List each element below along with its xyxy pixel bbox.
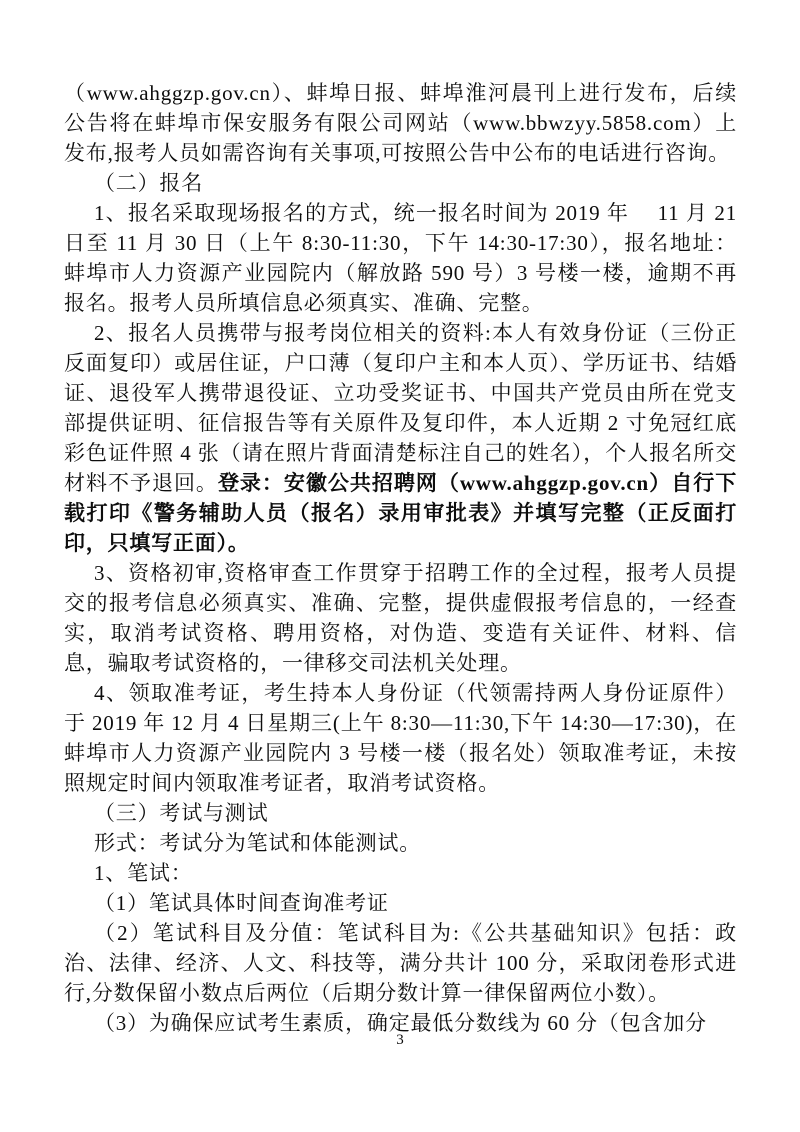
heading-registration: （二）报名 (64, 168, 737, 198)
text-segment: 1、报名采取现场报名的方式，统一报名时间为 2019 年 11 月 21 日至 … (64, 201, 737, 315)
text-segment: （三）考试与测试 (94, 801, 268, 825)
para-written-test-subjects: （2）笔试科目及分值：笔试科目为:《公共基础知识》包括：政治、法律、经济、人文、… (64, 918, 737, 1008)
text-segment: 2、报名人员携带与报考岗位相关的资料:本人有效身份证（三份正反面复印）或居住证，… (64, 321, 737, 495)
text-segment: 形式：考试分为笔试和体能测试。 (94, 831, 421, 855)
document-body: （www.ahggzp.gov.cn）、蚌埠日报、蚌埠淮河晨刊上进行发布，后续公… (64, 78, 737, 1040)
page-number: 3 (0, 1030, 800, 1050)
text-segment: （二）报名 (94, 171, 203, 195)
document-page: （www.ahggzp.gov.cn）、蚌埠日报、蚌埠淮河晨刊上进行发布，后续公… (0, 0, 800, 1132)
para-registration-materials: 2、报名人员携带与报考岗位相关的资料:本人有效身份证（三份正反面复印）或居住证，… (64, 318, 737, 558)
text-segment: （2）笔试科目及分值：笔试科目为:《公共基础知识》包括：政治、法律、经济、人文、… (64, 921, 737, 1005)
text-segment: （1）笔试具体时间查询准考证 (94, 891, 389, 915)
para-written-test-label: 1、笔试： (64, 858, 737, 888)
para-registration-time-location: 1、报名采取现场报名的方式，统一报名时间为 2019 年 11 月 21 日至 … (64, 198, 737, 318)
text-segment: 1、笔试： (94, 861, 193, 885)
para-exam-format: 形式：考试分为笔试和体能测试。 (64, 828, 737, 858)
text-segment: （www.ahggzp.gov.cn）、蚌埠日报、蚌埠淮河晨刊上进行发布，后续公… (64, 81, 737, 165)
heading-exam-and-test: （三）考试与测试 (64, 798, 737, 828)
para-admission-ticket: 4、领取准考证，考生持本人身份证（代领需持两人身份证原件）于 2019 年 12… (64, 678, 737, 798)
text-segment: 3、资格初审,资格审查工作贯穿于招聘工作的全过程，报考人员提交的报考信息必须真实… (64, 561, 737, 675)
para-qualification-review: 3、资格初审,资格审查工作贯穿于招聘工作的全过程，报考人员提交的报考信息必须真实… (64, 558, 737, 678)
para-announcement-publication: （www.ahggzp.gov.cn）、蚌埠日报、蚌埠淮河晨刊上进行发布，后续公… (64, 78, 737, 168)
text-segment: 4、领取准考证，考生持本人身份证（代领需持两人身份证原件）于 2019 年 12… (64, 681, 737, 795)
para-written-test-time: （1）笔试具体时间查询准考证 (64, 888, 737, 918)
